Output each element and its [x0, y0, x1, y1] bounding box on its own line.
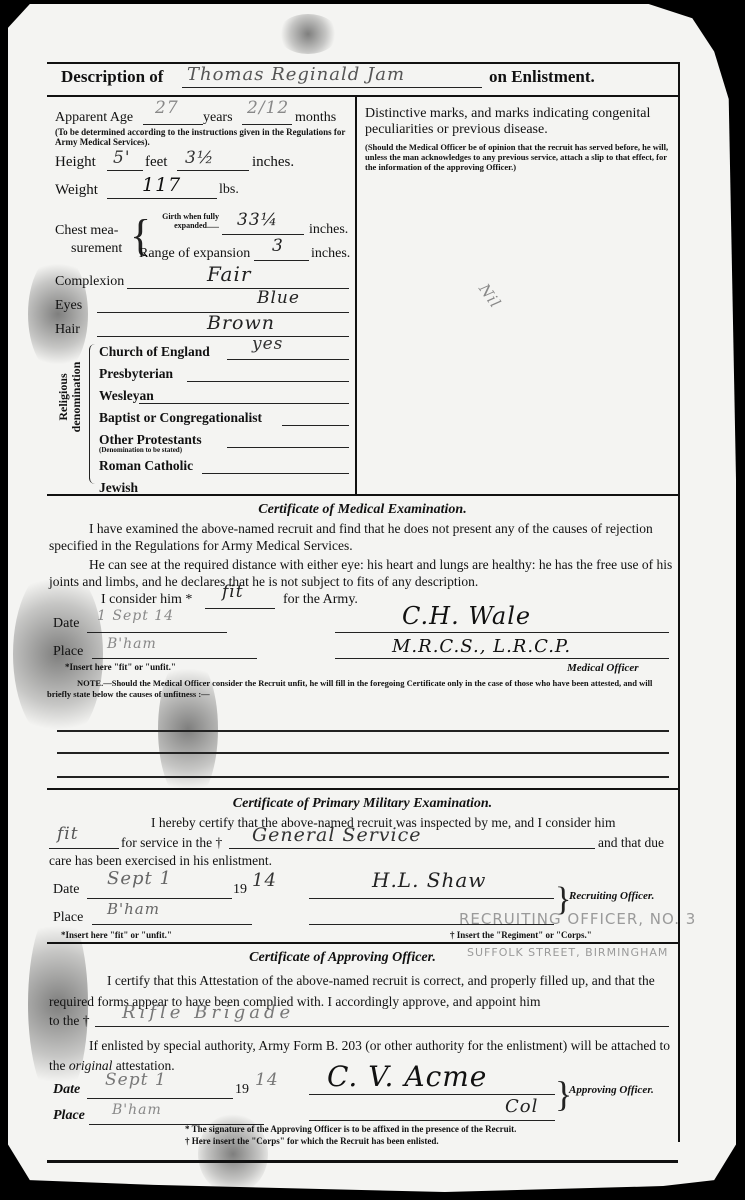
hair-label: Hair — [55, 322, 80, 338]
consider-prefix: I consider him * — [101, 592, 192, 608]
medical-date-line — [87, 632, 227, 633]
header-prefix: Description of — [61, 67, 163, 87]
medical-qualifications-line — [335, 658, 669, 659]
hair-line — [97, 336, 349, 337]
chest-label-2: surement — [55, 240, 122, 258]
approving-rank-line — [309, 1120, 555, 1121]
approving-place-value: B'ham — [112, 1102, 162, 1118]
complexion-line — [127, 288, 349, 289]
medical-divider — [47, 494, 678, 496]
religion-group-label: Religious denomination — [57, 352, 83, 442]
height-label: Height — [55, 154, 96, 171]
age-months-line — [242, 124, 292, 125]
eyes-value: Blue — [257, 288, 300, 308]
weight-line — [107, 198, 217, 199]
girth-line — [222, 234, 304, 235]
weight-unit: lbs. — [219, 182, 239, 198]
military-date-label: Date — [53, 882, 79, 898]
approving-divider — [47, 942, 678, 944]
military-year-prefix: 19 — [233, 882, 247, 898]
medical-para-2: He can see at the required distance with… — [49, 556, 675, 590]
military-date-value: Sept 1 — [107, 868, 172, 889]
header-suffix: on Enlistment. — [489, 67, 595, 87]
girth-inches-label: inches. — [309, 222, 348, 238]
religion-option-label: Roman Catholic — [99, 458, 193, 474]
range-label: Range of expansion — [139, 246, 250, 262]
age-years-value: 27 — [155, 98, 179, 118]
religion-option-line — [139, 403, 349, 404]
approving-year-prefix: 19 — [235, 1082, 249, 1098]
military-for-service: for service in the † — [121, 834, 222, 851]
recruiting-officer-label: Recruiting Officer. — [569, 890, 654, 902]
religion-brace — [89, 344, 95, 484]
religion-option-label: Presbyterian — [99, 366, 173, 382]
approving-year-value: 14 — [255, 1070, 279, 1090]
religion-option-label: Church of England — [99, 344, 210, 360]
approving-signature-line — [309, 1094, 555, 1095]
feet-label: feet — [145, 154, 167, 171]
header-divider — [47, 95, 678, 97]
approving-footnote-2: † Here insert the "Corps" for which the … — [185, 1136, 439, 1146]
girth-value: 33¼ — [237, 210, 278, 230]
approving-signature-rank: Col — [505, 1096, 538, 1117]
unfitness-line-1 — [57, 730, 669, 732]
regiment-note: † Insert the "Regiment" or "Corps." — [450, 930, 592, 940]
weight-label: Weight — [55, 182, 98, 199]
military-place-value: B'ham — [107, 900, 160, 918]
approving-date-value: Sept 1 — [105, 1070, 167, 1090]
distinctive-heading: Distinctive marks, and marks indicating … — [365, 106, 671, 138]
consider-value: fit — [222, 582, 244, 602]
military-service-value: General Service — [252, 824, 421, 846]
military-insert-note: *Insert here "fit" or "unfit." — [61, 930, 172, 940]
approving-footnote-1: * The signature of the Approving Officer… — [185, 1124, 516, 1134]
medical-title: Certificate of Medical Examination. — [47, 502, 678, 518]
unfitness-line-3 — [57, 776, 669, 778]
ink-stain — [278, 14, 338, 54]
military-signature-line — [309, 898, 554, 899]
attestation-form: Description of Thomas Reginald Jam on En… — [47, 62, 680, 1142]
months-label: months — [295, 110, 336, 126]
height-feet-value: 5' — [113, 148, 131, 168]
approving-signature: C. V. Acme — [327, 1060, 487, 1093]
height-inches-value: 3½ — [185, 148, 214, 168]
approving-officer-label: Approving Officer. — [569, 1084, 654, 1096]
consider-suffix: for the Army. — [283, 592, 358, 608]
range-inches-label: inches. — [311, 246, 350, 262]
inches-label: inches. — [252, 154, 294, 171]
religion-option-line — [202, 473, 349, 474]
years-label: years — [203, 110, 233, 126]
religion-option-label: Baptist or Congregationalist — [99, 410, 262, 426]
religion-option-line — [227, 447, 349, 448]
range-line — [254, 260, 309, 261]
military-signature: H.L. Shaw — [372, 868, 486, 892]
military-year-value: 14 — [252, 870, 277, 891]
military-and-due: and that due — [598, 834, 664, 851]
medical-date-label: Date — [53, 616, 79, 632]
approving-corps-line — [95, 1026, 669, 1027]
approving-to-the: to the † — [49, 1012, 90, 1029]
weight-value: 117 — [142, 174, 181, 196]
approving-date-line — [87, 1098, 233, 1099]
other-denomination-note: (Denomination to be stated) — [99, 446, 182, 454]
military-place-line — [92, 924, 252, 925]
distinctive-entry: Nil — [475, 280, 505, 311]
religion-option-line — [187, 381, 349, 382]
bottom-border — [47, 1160, 678, 1163]
approving-place-label: Place — [53, 1108, 85, 1124]
military-date-line — [87, 898, 232, 899]
military-service-line — [229, 848, 595, 849]
eyes-label: Eyes — [55, 298, 82, 314]
religion-option-line — [282, 425, 349, 426]
religion-label-2: denomination — [70, 352, 83, 442]
recruit-name: Thomas Reginald Jam — [187, 64, 405, 85]
military-fit-line — [49, 848, 119, 849]
approving-date-label: Date — [53, 1082, 80, 1098]
religion-option-label: Wesleyan — [99, 388, 154, 404]
girth-label: Girth when fully expanded...... — [139, 212, 219, 230]
medical-para-1: I have examined the above-named recruit … — [49, 520, 675, 554]
chest-label: Chest mea- surement — [55, 222, 122, 258]
unfitness-line-2 — [57, 752, 669, 754]
column-divider — [355, 95, 357, 495]
range-value: 3 — [272, 236, 284, 256]
complexion-value: Fair — [207, 262, 251, 286]
military-divider — [47, 788, 678, 790]
religion-option-line — [227, 359, 349, 360]
approving-title: Certificate of Approving Officer. — [47, 950, 678, 966]
approving-corps-value: Rifle Brigade — [122, 1002, 294, 1023]
military-place-label: Place — [53, 910, 83, 926]
hair-value: Brown — [207, 312, 275, 334]
apparent-age-label: Apparent Age — [55, 110, 133, 126]
medical-place-value: B'ham — [107, 636, 157, 652]
height-feet-line — [107, 170, 143, 171]
complexion-label: Complexion — [55, 274, 124, 290]
medical-note: NOTE.—Should the Medical Officer conside… — [47, 678, 673, 700]
medical-officer-label: Medical Officer — [567, 662, 639, 674]
distinctive-note: (Should the Medical Officer be of opinio… — [365, 142, 671, 172]
recruiting-stamp-line-1: RECRUITING OFFICER, NO. 3 — [459, 910, 696, 928]
name-line — [182, 87, 482, 88]
medical-place-line — [92, 658, 257, 659]
medical-signature-line — [335, 632, 669, 633]
chest-label-1: Chest mea- — [55, 222, 122, 240]
medical-insert-note: *Insert here "fit" or "unfit." — [65, 662, 176, 672]
age-months-value: 2/12 — [247, 98, 289, 118]
height-inches-line — [177, 170, 249, 171]
age-note: (To be determined according to the instr… — [55, 127, 350, 147]
medical-place-label: Place — [53, 644, 83, 660]
religion-option-value: yes — [252, 334, 283, 354]
consider-line — [205, 608, 275, 609]
military-fit-value: fit — [57, 824, 79, 844]
military-line-3: care has been exercised in his enlistmen… — [49, 852, 272, 869]
medical-signature: C.H. Wale — [402, 602, 531, 630]
age-years-line — [143, 124, 203, 125]
medical-qualifications: M.R.C.S., L.R.C.P. — [392, 636, 571, 657]
military-title: Certificate of Primary Military Examinat… — [47, 796, 678, 812]
medical-date-value: 1 Sept 14 — [97, 608, 174, 624]
